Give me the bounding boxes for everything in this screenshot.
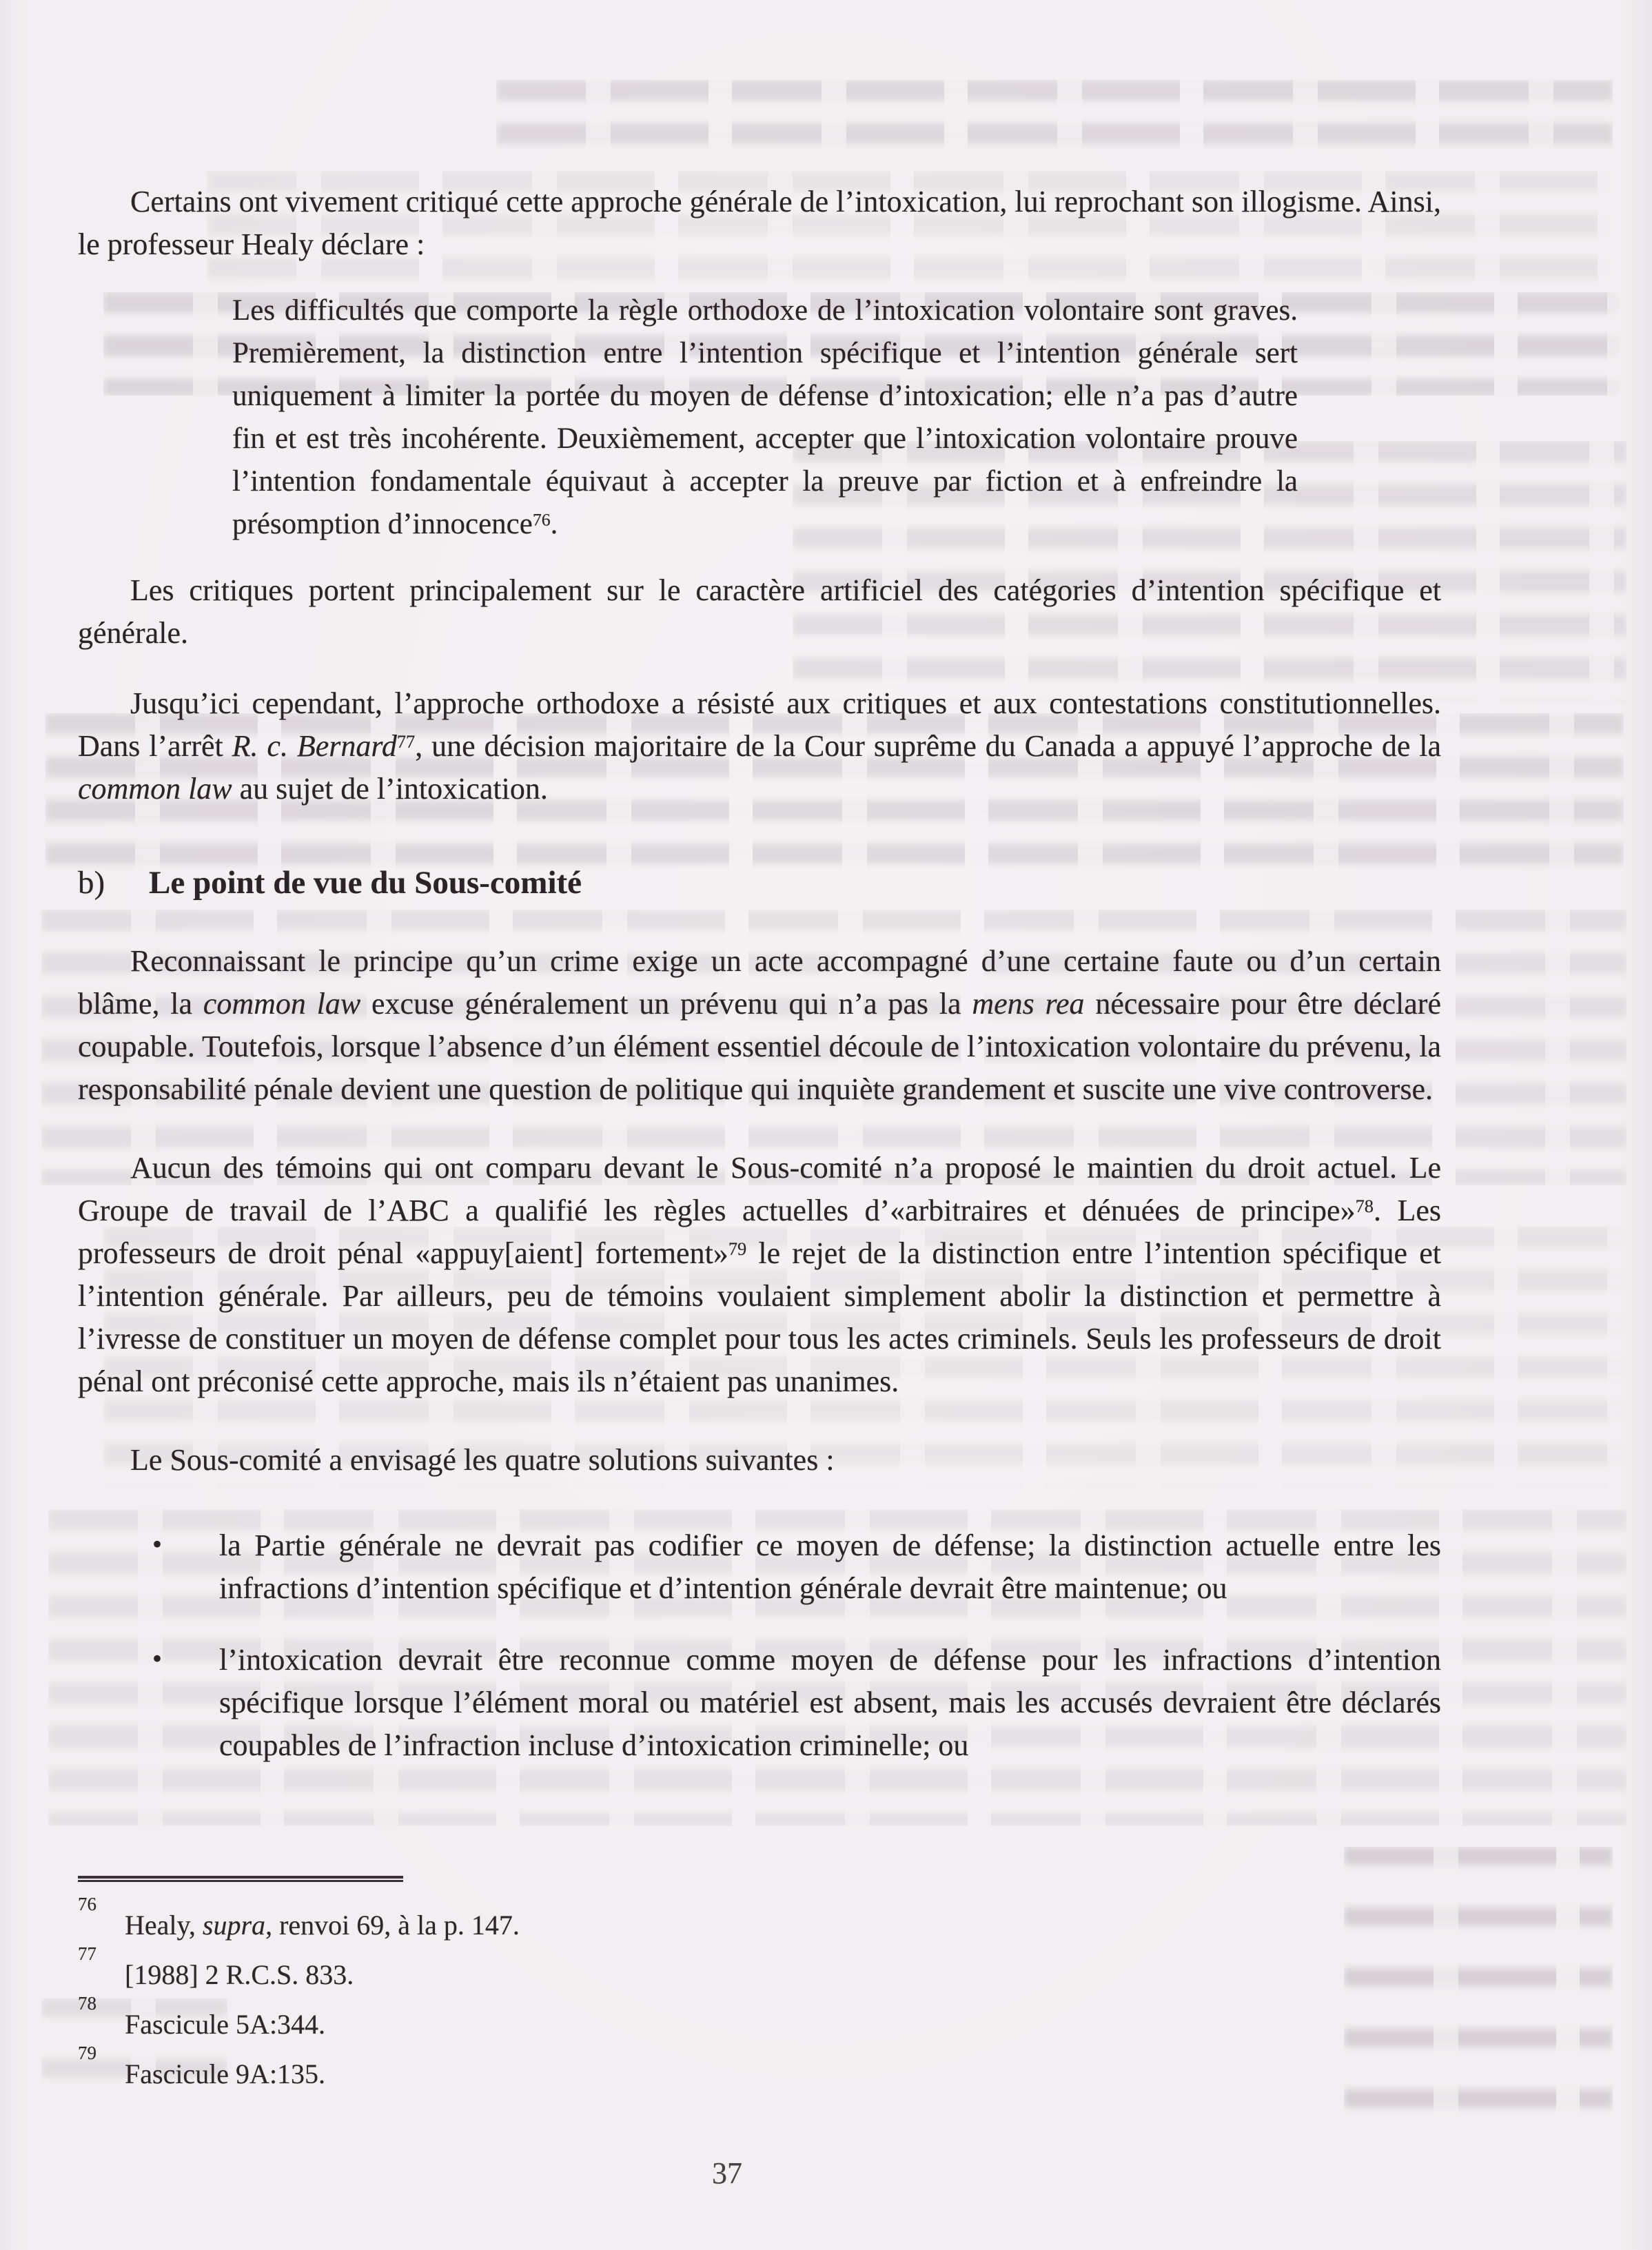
footnote-section: 76 Healy, supra, renvoi 69, à la p. 147.… <box>78 1876 1441 2107</box>
paragraph-intro: Certains ont vivement critiqué cette app… <box>78 181 1441 266</box>
footnote-separator <box>78 1876 403 1882</box>
solution-item-text: l’intoxication devrait être reconnue com… <box>219 1643 1441 1762</box>
document-page: Certains ont vivement critiqué cette app… <box>0 0 1652 2250</box>
paragraph-reconnaissant: Reconnaissant le principe qu’un crime ex… <box>78 940 1441 1111</box>
footnote-77: 77 [1988] 2 R.C.S. 833. <box>78 1958 1441 1992</box>
section-heading: b)Le point de vue du Sous-comité <box>78 861 1441 904</box>
footnote-76: 76 Healy, supra, renvoi 69, à la p. 147. <box>78 1908 1441 1943</box>
paragraph-envisage: Le Sous-comité a envisagé les quatre sol… <box>78 1439 1441 1482</box>
page-number: 37 <box>658 2156 796 2191</box>
solution-item-2: • l’intoxication devrait être reconnue c… <box>78 1639 1441 1767</box>
footnote-text: Fascicule 5A:344. <box>125 2007 1441 2042</box>
bleed-through-artifact <box>496 80 1613 152</box>
bullet-icon: • <box>152 1523 162 1566</box>
paragraph-aucun: Aucun des témoins qui ont comparu devant… <box>78 1147 1441 1403</box>
section-heading-label: b) <box>78 861 149 904</box>
page-body: Certains ont vivement critiqué cette app… <box>78 181 1441 1796</box>
footnote-text: [1988] 2 R.C.S. 833. <box>125 1958 1441 1992</box>
footnote-79: 79 Fascicule 9A:135. <box>78 2057 1441 2092</box>
footnote-text: Healy, supra, renvoi 69, à la p. 147. <box>125 1908 1441 1943</box>
block-quote-healy: Les difficultés que comporte la règle or… <box>232 289 1298 546</box>
solution-item-text: la Partie générale ne devrait pas codifi… <box>219 1528 1441 1605</box>
footnote-78: 78 Fascicule 5A:344. <box>78 2007 1441 2042</box>
paragraph-jusquici: Jusqu’ici cependant, l’approche orthodox… <box>78 682 1441 810</box>
paragraph-critiques: Les critiques portent principalement sur… <box>78 569 1441 655</box>
section-heading-title: Le point de vue du Sous-comité <box>149 865 582 901</box>
footnote-text: Fascicule 9A:135. <box>125 2057 1441 2092</box>
solution-item-1: • la Partie générale ne devrait pas codi… <box>78 1524 1441 1610</box>
bullet-icon: • <box>152 1637 162 1680</box>
